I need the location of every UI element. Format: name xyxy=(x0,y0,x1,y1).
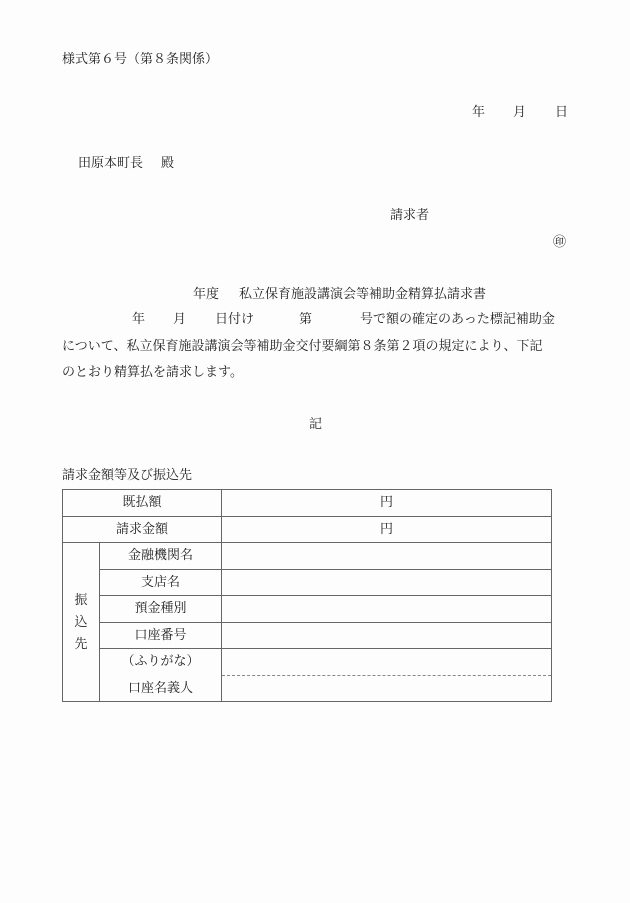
paid-amount-field[interactable]: 円 xyxy=(222,490,552,517)
table-row-account-type: 預金種別 xyxy=(63,596,552,623)
body-line-3: のとおり精算払を請求します。 xyxy=(62,366,243,379)
claim-amount-field[interactable]: 円 xyxy=(222,516,552,543)
account-holder-name-label: 口座名義人 xyxy=(100,682,221,695)
date-day: 日 xyxy=(555,106,568,119)
account-holder-field[interactable] xyxy=(222,649,552,702)
table-row-account-number: 口座番号 xyxy=(63,622,552,649)
body-year: 年 xyxy=(132,313,145,326)
addressee-honorific: 殿 xyxy=(161,156,174,171)
transfer-destination-label: 振 込 先 xyxy=(63,543,100,702)
branch-name-field[interactable] xyxy=(222,569,552,596)
title-text: 私立保育施設講演会等補助金精算払請求書 xyxy=(239,287,486,302)
seal-mark: ㊞ xyxy=(553,236,566,249)
claim-table: 既払額 円 請求金額 円 振 込 先 金融機関名 支店名 預金種別 口座番号 （… xyxy=(62,489,552,702)
account-holder-label: （ふりがな） 口座名義人 xyxy=(100,649,222,702)
table-row-paid-amount: 既払額 円 xyxy=(63,490,552,517)
bank-name-label: 金融機関名 xyxy=(100,543,222,570)
table-row-bank-name: 振 込 先 金融機関名 xyxy=(63,543,552,570)
date-month: 月 xyxy=(513,106,526,119)
table-row-account-holder: （ふりがな） 口座名義人 xyxy=(63,649,552,702)
body-line-2: について、私立保育施設講演会等補助金交付要綱第８条第２項の規定により、下記 xyxy=(62,340,542,353)
account-number-label: 口座番号 xyxy=(100,622,222,649)
bank-name-field[interactable] xyxy=(222,543,552,570)
date-year: 年 xyxy=(472,106,485,119)
account-number-field[interactable] xyxy=(222,622,552,649)
addressee-name: 田原本町長 xyxy=(78,156,143,171)
claimant-label: 請求者 xyxy=(390,209,429,222)
addressee: 田原本町長殿 xyxy=(78,157,174,170)
body-line1-rest: 号で額の確定のあった標記補助金 xyxy=(360,313,555,326)
body-day: 日付け xyxy=(215,313,254,326)
title-fiscal-year: 年度 xyxy=(193,287,219,302)
furigana-label: （ふりがな） xyxy=(100,655,221,668)
body-month: 月 xyxy=(173,313,186,326)
form-number: 様式第６号（第８条関係） xyxy=(62,53,218,66)
ki-heading: 記 xyxy=(309,418,322,431)
furigana-divider xyxy=(222,675,551,676)
account-type-label: 預金種別 xyxy=(100,596,222,623)
paid-amount-label: 既払額 xyxy=(63,490,222,517)
claim-amount-label: 請求金額 xyxy=(63,516,222,543)
branch-name-label: 支店名 xyxy=(100,569,222,596)
document-title: 年度私立保育施設講演会等補助金精算払請求書 xyxy=(193,288,486,301)
section-label: 請求金額等及び振込先 xyxy=(62,469,192,482)
body-number-prefix: 第 xyxy=(299,313,312,326)
table-row-claim-amount: 請求金額 円 xyxy=(63,516,552,543)
table-row-branch-name: 支店名 xyxy=(63,569,552,596)
account-type-field[interactable] xyxy=(222,596,552,623)
